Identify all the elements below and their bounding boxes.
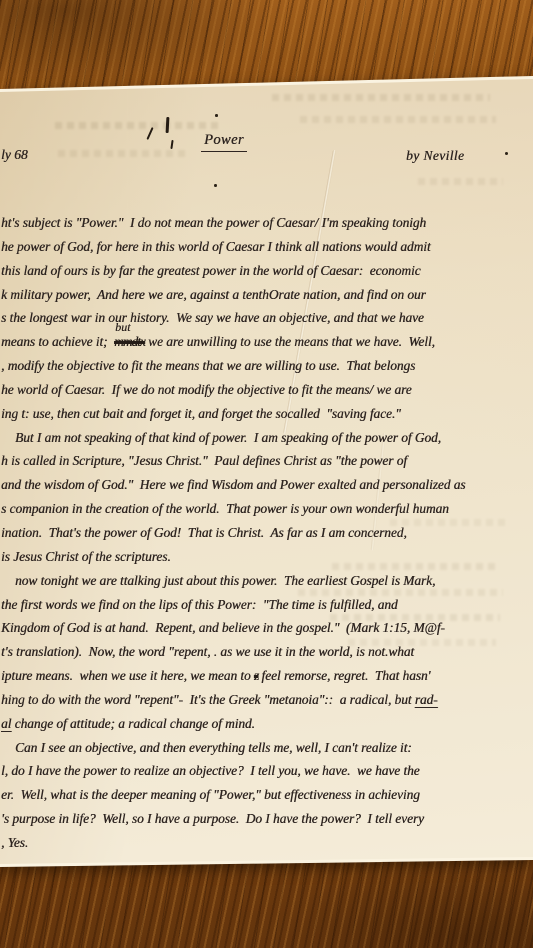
text-line: is Jesus Christ of the scriptures. [1, 545, 533, 569]
text-segment: Kingdom of God is at hand. Repent, and b… [1, 620, 445, 635]
text-segment: , modify the objective to fit the means … [1, 358, 415, 373]
text-line: al change of attitude; a radical change … [1, 712, 533, 736]
text-segment: l, do I have the power to realize an obj… [1, 763, 420, 778]
byline: by Neville [406, 148, 464, 164]
text-segment: he power of God, for here in this world … [1, 239, 431, 254]
text-segment: ipture means. when we use it here, we me… [1, 668, 254, 683]
text-segment: s the longest war in our history. We say… [1, 310, 424, 325]
text-line: Can I see an objective, and then everyth… [1, 736, 533, 760]
text-line: ht's subject is "Power." I do not mean t… [1, 211, 533, 235]
text-segment: Can I see an objective, and then everyth… [15, 740, 412, 755]
text-segment: 's purpose in life? Well, so I have a pu… [1, 811, 424, 826]
text-segment: al [1, 716, 11, 731]
text-line: er. Well, what is the deeper meaning of … [1, 783, 533, 807]
text-line: he world of Caesar. If we do not modify … [1, 378, 533, 402]
text-segment: ination. That's the power of God! That i… [1, 525, 407, 540]
photo-of-typed-page: Power ly 68 by Neville ht's subject is "… [0, 0, 533, 948]
text-segment: he world of Caesar. If we do not modify … [1, 382, 412, 397]
text-line: s the longest war in our history. We say… [1, 306, 533, 330]
bleed-through-mark [55, 122, 220, 129]
bleed-through-mark [418, 178, 503, 185]
text-line: the first words we find on the lips of t… [1, 593, 533, 617]
struck-out-word: mmdtxbut [114, 334, 145, 349]
text-segment: rad- [415, 692, 438, 707]
bleed-through-mark [272, 94, 490, 101]
text-line: now tonight we are ttalking just about t… [1, 569, 533, 593]
text-segment: k military power, And here we are, again… [1, 287, 426, 302]
text-line: , modify the objective to fit the means … [1, 354, 533, 378]
text-line: hing to do with the word "repent"- It's … [1, 688, 533, 712]
text-segment: now tonight we are ttalking just about t… [15, 573, 435, 588]
text-segment: hing to do with the word "repent"- It's … [1, 692, 415, 707]
text-line: l, do I have the power to realize an obj… [1, 759, 533, 783]
text-segment: t's translation). Now, the word "repent,… [1, 644, 414, 659]
text-line: ing t: use, then cut bait and forget it,… [1, 402, 533, 426]
text-segment: the first words we find on the lips of t… [1, 597, 398, 612]
text-segment: means to achieve it; [1, 334, 114, 349]
text-line: he power of God, for here in this world … [1, 235, 533, 259]
typed-insertion: but [115, 321, 130, 333]
ink-dot [215, 114, 218, 117]
text-segment: is Jesus Christ of the scriptures. [1, 549, 171, 564]
bleed-through-mark [58, 150, 186, 157]
text-segment: feel remorse, regret. That hasn' [258, 668, 430, 683]
ink-dot [505, 152, 508, 155]
text-line: ination. That's the power of God! That i… [1, 521, 533, 545]
text-line: this land of ours is by far the greatest… [1, 259, 533, 283]
text-segment: h is called in Scripture, "Jesus Christ.… [1, 453, 407, 468]
text-segment: ht's subject is "Power." I do not mean t… [1, 215, 426, 230]
text-segment: , Yes. [1, 835, 28, 850]
text-segment: s companion in the creation of the world… [1, 501, 449, 516]
text-segment: But I am not speaking of that kind of po… [15, 430, 441, 445]
text-line: s companion in the creation of the world… [1, 497, 533, 521]
text-line: and the wisdom of God." Here we find Wis… [1, 473, 533, 497]
page-title: Power [201, 132, 247, 152]
text-line: means to achieve it; mmdtxbut we are unw… [1, 330, 533, 354]
text-line: h is called in Scripture, "Jesus Christ.… [1, 449, 533, 473]
text-line: Kingdom of God is at hand. Repent, and b… [1, 616, 533, 640]
text-segment: er. Well, what is the deeper meaning of … [1, 787, 420, 802]
text-segment: this land of ours is by far the greatest… [1, 263, 421, 278]
text-segment: and the wisdom of God." Here we find Wis… [1, 477, 465, 492]
ink-dot [214, 184, 217, 187]
text-line: ipture means. when we use it here, we me… [1, 664, 533, 688]
date-fragment: ly 68 [1, 147, 28, 163]
struck-out-word: z [254, 668, 258, 683]
text-segment: change of attitude; a radical change of … [11, 716, 255, 731]
text-line: , Yes. [1, 831, 533, 855]
text-line: But I am not speaking of that kind of po… [1, 426, 533, 450]
text-segment: ing t: use, then cut bait and forget it,… [1, 406, 401, 421]
text-line: 's purpose in life? Well, so I have a pu… [1, 807, 533, 831]
text-segment: we are unwilling to use the means that w… [145, 334, 435, 349]
bleed-through-mark [300, 116, 496, 123]
text-line: t's translation). Now, the word "repent,… [1, 640, 533, 664]
text-line: k military power, And here we are, again… [1, 283, 533, 307]
typed-lines: ht's subject is "Power." I do not mean t… [1, 211, 533, 855]
